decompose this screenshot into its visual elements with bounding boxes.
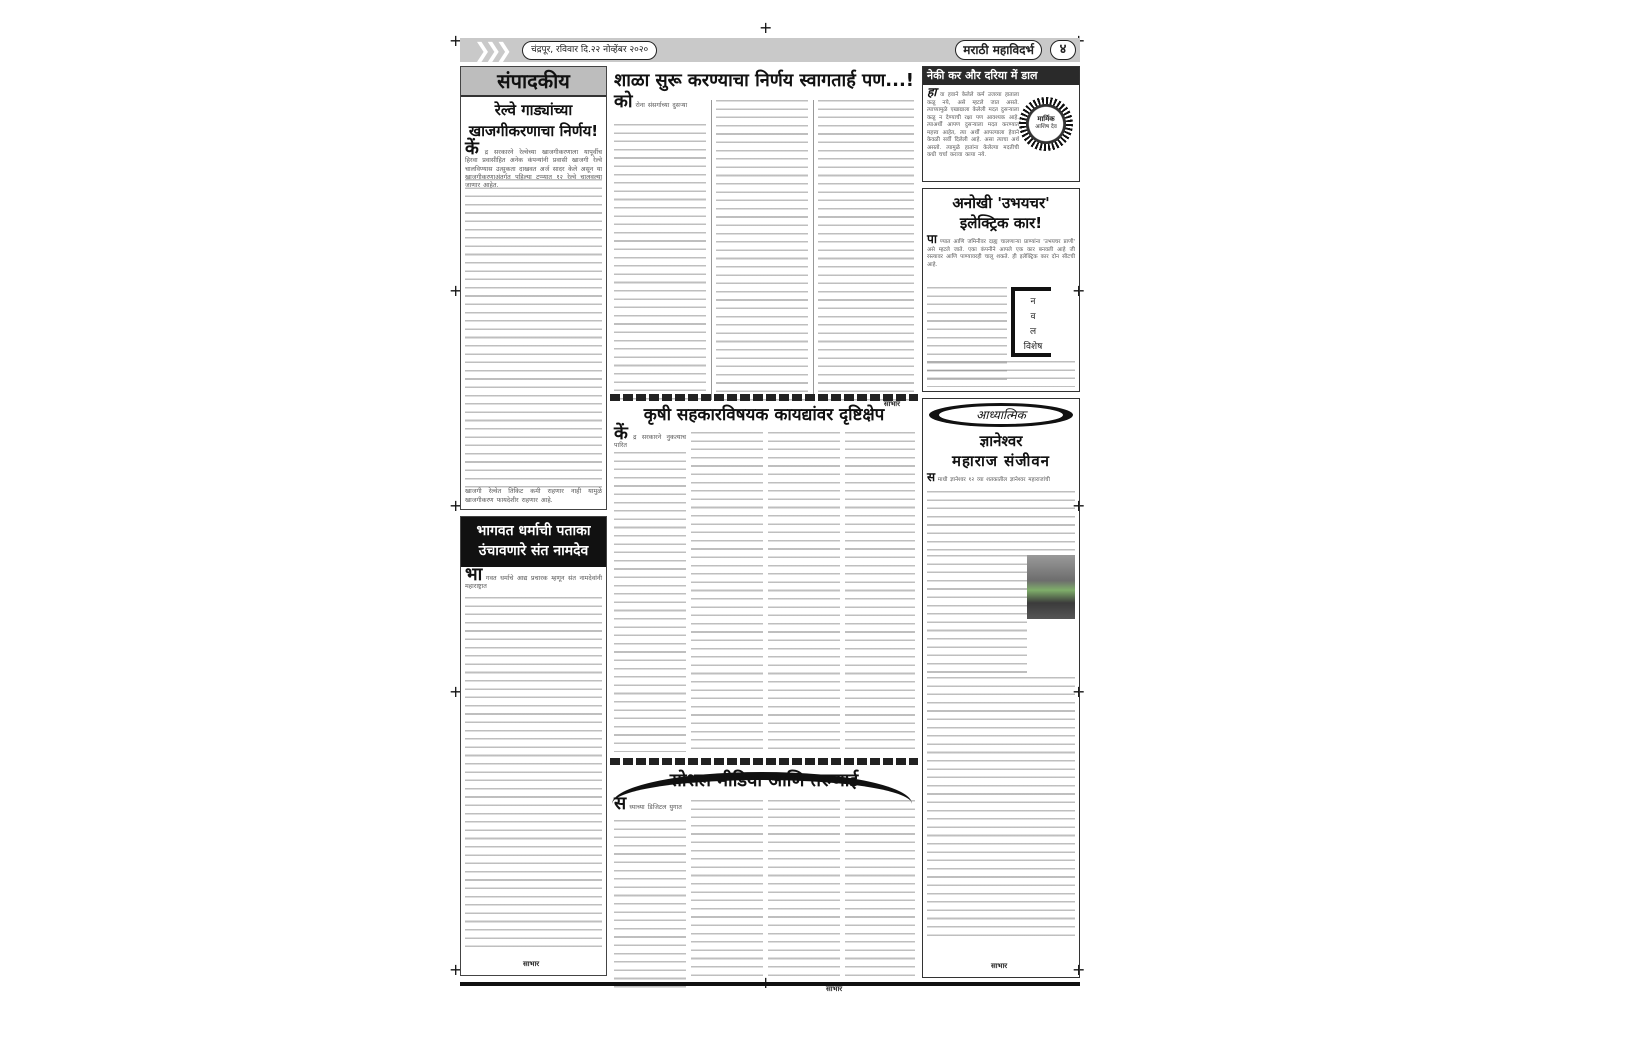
agri-story-lead-text: कें द्र सरकारने नुकत्याच पारित [614, 430, 686, 451]
dropcap: भा [465, 564, 482, 585]
dashed-separator [610, 758, 918, 765]
body-text-column [691, 800, 763, 990]
namdev-headline-line1: भागवत धर्माची पताका [461, 521, 606, 541]
body-text-column [818, 100, 914, 402]
ev-story-box: अनोखी 'उभयचर' इलेक्ट्रिक कार! पा ण्यात आ… [922, 188, 1080, 392]
neki-body: हा वा हवाने केलेले कर्म उजव्या हाताला कळ… [927, 89, 1019, 160]
body-text-column [845, 432, 915, 752]
spiritual-signature: साभार [991, 962, 1007, 971]
dropcap: को [614, 91, 633, 112]
social-media-lead: ध्याच्या डिजिटल युगात [629, 804, 682, 811]
ev-body: पा ण्यात आणि जमिनीवर दाह्य चालणाऱ्या प्र… [923, 233, 1079, 269]
spiritual-body: स माधी ज्ञानेश्वर १२ व्या शतकातील ज्ञाने… [923, 471, 1079, 485]
ev-headline-line2: इलेक्ट्रिक कार! [923, 213, 1079, 233]
editorial-section-title: संपादकीय [461, 67, 606, 97]
namdev-headline-line2: उंचावणारे संत नामदेव [461, 541, 606, 561]
namdev-story-box: भागवत धर्माची पताका उंचावणारे संत नामदेव… [460, 516, 607, 976]
lead-story-headline: शाळा सुरू करण्याचा निर्णय स्वागतार्ह पण.… [610, 66, 918, 96]
body-text-column [927, 361, 1075, 387]
editorial-box: संपादकीय रेल्वे गाड्यांच्या खाजगीकरणाचा … [460, 66, 607, 510]
ev-headline-line1: अनोखी 'उभयचर' [923, 193, 1079, 213]
column-rule [813, 100, 814, 400]
bottom-rule [460, 982, 1080, 986]
spiritual-story-box: आध्यात्मिक ज्ञानेश्वर महाराज संजीवन स मा… [922, 398, 1080, 978]
marmik-badge: मार्मिक आशिष देव [1019, 97, 1073, 151]
lead-story-lead: रोना संसर्गाच्या दुसऱ्या [636, 102, 688, 109]
dropcap: स [927, 470, 935, 484]
dropcap: स [614, 793, 626, 814]
ev-lead: ण्यात आणि जमिनीवर दाह्य चालणाऱ्या प्राण्… [927, 239, 1075, 268]
body-text-column [768, 800, 840, 990]
dashed-separator [610, 394, 918, 401]
badge-letter: न [1015, 295, 1051, 310]
chevron-arrows-icon: ❯❯❯ [474, 40, 514, 60]
body-text-column [927, 555, 1027, 675]
body-text-column [716, 100, 808, 402]
spiritual-kicker: आध्यात्मिक [939, 406, 1063, 424]
badge-letter: व [1015, 310, 1051, 325]
body-text-column [691, 432, 763, 752]
dropcap: हा [927, 85, 936, 99]
kicker-oval: आध्यात्मिक [929, 403, 1073, 427]
social-media-signature: साभार [826, 985, 842, 994]
badge-title: मार्मिक [1019, 115, 1073, 124]
social-media-lead-text: स ध्याच्या डिजिटल युगात [614, 800, 686, 812]
body-text-column [614, 820, 686, 990]
namdev-headline: भागवत धर्माची पताका उंचावणारे संत नामदेव [461, 517, 606, 567]
agri-story-headline: कृषी सहकारविषयक कायद्यांवर दृष्टिक्षेप [610, 402, 918, 428]
editorial-headline-line2: खाजगीकरणाचा निर्णय! [461, 121, 606, 141]
dropcap: कें [465, 138, 479, 159]
spiritual-headline-line1: ज्ञानेश्वर [923, 431, 1079, 451]
column-rule [711, 100, 712, 400]
editorial-headline-line1: रेल्वे गाड्यांच्या [461, 100, 606, 120]
neki-title: नेकी कर और दरिया में डाल [923, 67, 1079, 85]
body-text-column [768, 432, 840, 752]
newspaper-page: ❯❯❯ चंद्रपूर, रविवार दि.२२ नोव्हेंबर २०२… [460, 38, 1080, 1028]
namdev-lead: गवत धर्माचे आद्य प्रचारक म्हणून संत नामद… [465, 575, 602, 590]
agri-story: कृषी सहकारविषयक कायद्यांवर दृष्टिक्षेप क… [610, 402, 918, 752]
namdev-lead-text: भा गवत धर्माचे आद्य प्रचारक म्हणून संत न… [461, 567, 606, 592]
temple-photo [1027, 555, 1075, 619]
page-number: ४ [1050, 40, 1076, 60]
body-text-block [465, 597, 602, 947]
body-text-block [927, 491, 1075, 553]
social-media-story: सोशल मीडिया आणि तरुणाई स ध्याच्या डिजिटल… [610, 766, 918, 994]
badge-author: आशिष देव [1019, 124, 1073, 131]
neki-box: नेकी कर और दरिया में डाल हा वा हवाने केल… [922, 66, 1080, 182]
lead-story: शाळा सुरू करण्याचा निर्णय स्वागतार्ह पण.… [610, 66, 918, 406]
newspaper-brand: मराठी महाविदर्भ [955, 40, 1042, 60]
social-media-headline: सोशल मीडिया आणि तरुणाई [610, 766, 918, 796]
badge-label: विशेष [1015, 340, 1051, 355]
body-text-column [614, 452, 686, 752]
spiritual-headline-line2: महाराज संजीवन [923, 451, 1079, 471]
neki-text: वा हवाने केलेले कर्म उजव्या हाताला कळू न… [927, 92, 1019, 158]
badge-letter: ल [1015, 325, 1051, 340]
dropcap: कें [614, 423, 628, 444]
body-text-block [465, 179, 602, 489]
naval-vishesh-badge: न व ल विशेष [1011, 287, 1051, 357]
body-text-block [927, 677, 1075, 941]
page-header-bar: ❯❯❯ चंद्रपूर, रविवार दि.२२ नोव्हेंबर २०२… [460, 38, 1080, 62]
lead-story-lead-text: को रोना संसर्गाच्या दुसऱ्या [614, 98, 706, 110]
dateline: चंद्रपूर, रविवार दि.२२ नोव्हेंबर २०२० [522, 41, 657, 60]
registration-mark: + [759, 20, 772, 36]
editorial-closing: खाजगी रेल्वेत तिकिट कमी राहणार नाही यामु… [465, 488, 602, 505]
body-text-column [614, 124, 706, 402]
namdev-signature: साभार [523, 960, 539, 969]
dropcap: पा [927, 232, 937, 246]
body-text-column [845, 800, 915, 980]
spiritual-lead: माधी ज्ञानेश्वर १२ व्या शतकातील ज्ञानेश्… [938, 477, 1050, 483]
